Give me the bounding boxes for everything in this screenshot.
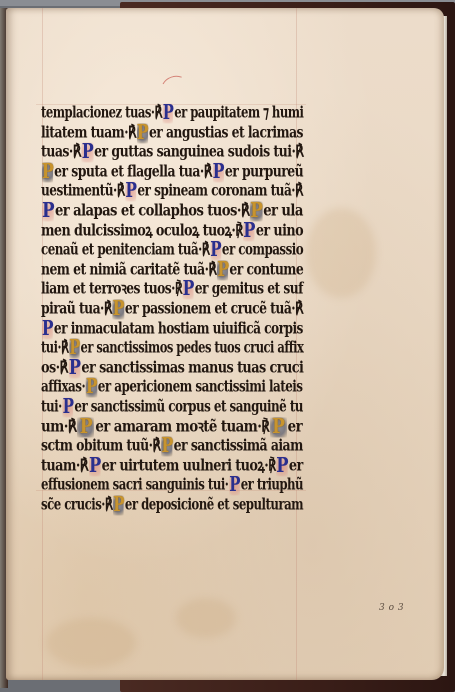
decorated-initial: P [161,437,172,457]
text-column: templacionez tuas·℟Per paupitatem ⁊ humi… [41,104,303,515]
decorated-initial: P [163,104,174,124]
decorated-initial: P [63,398,74,418]
decorated-initial: P [113,300,124,320]
decorated-initial: P [113,496,124,516]
decorated-initial: P [125,182,136,202]
decorated-initial: P [82,143,93,163]
text-line: sc̃e crucis·℟Per deposicionẽ et sepultur… [41,494,271,517]
decorated-initial: P [86,378,97,398]
decorated-initial: P [42,202,54,222]
penwork-flourish [158,72,193,104]
decorated-initial: P [183,280,194,300]
folio-number: 3 o 3 [379,603,404,613]
stain [176,598,236,638]
stain [46,618,136,668]
decorated-initial: P [229,476,240,496]
stain [306,208,376,298]
